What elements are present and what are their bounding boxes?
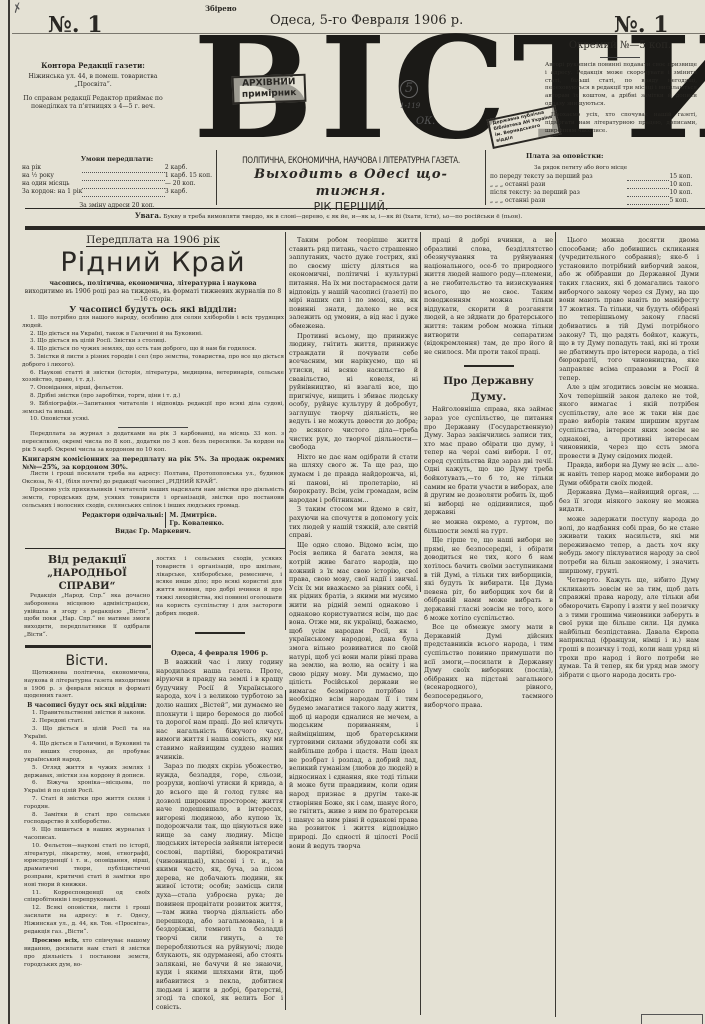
editorial-continuation-paragraph: Ніхто не дає нам одібрати й стати на шля… xyxy=(289,453,418,505)
editorial-closing-paragraph: праці й добрі вчинки, а не образливі сло… xyxy=(424,236,553,356)
editorial-continuation-paragraph: Ще одно слово. Відомо всім, що Росія вел… xyxy=(289,541,418,850)
subscription-row: на рік2 карб. xyxy=(22,164,212,172)
handwritten-scribble: ✗ xyxy=(10,1,24,17)
notice-bottom-rule xyxy=(25,226,705,230)
duma-continuation-paragraph: Але з цім згодитись зовсім не можна. Хоч… xyxy=(559,383,699,460)
column-separator-3 xyxy=(555,232,556,1017)
editor-name: М. Дмитрієв. xyxy=(169,512,224,520)
duma-paragraph: Ще гірше те, що наші вибори не прямі, не… xyxy=(424,536,553,622)
visti-sections: 1. Правительственні звістки й закони. 2.… xyxy=(24,710,150,936)
from-editors-block: Від редакції „НАРОДНЬОЇ СПРАВИ“ Редакція… xyxy=(24,553,150,640)
ridny-krai-section-item: 7. Оповідання, вірші, фельєтон. xyxy=(22,385,284,393)
from-editors-continuation: лостях і сельських сходів, усяких товари… xyxy=(156,556,282,618)
subscription-row-price: — 20 коп. xyxy=(165,180,212,188)
ad-rate-label: по переду тексту за перший раз xyxy=(490,173,627,181)
duma-paragraph: Все це обмежує змогу мати в Державній Ду… xyxy=(424,623,553,709)
handwritten-page-number: 5 xyxy=(400,80,418,98)
masthead-subtitle: ПОЛІТИЧНА, ЕКОНОМИЧНА, НАУЧОВА І ЛІТЕРАТ… xyxy=(240,156,462,166)
from-editors-subtitle: „НАРОДНЬОЇ СПРАВИ“ xyxy=(24,567,150,593)
ridny-krai-divider xyxy=(118,427,188,428)
ridny-krai-section-item: 1. Що потрібно для нашого народу, особли… xyxy=(22,315,284,331)
ridny-krai-section-item: 6. Наукові статті й звістки (історія, лі… xyxy=(22,370,284,386)
ad-rate-label: „ „ „ останні рази xyxy=(490,197,627,205)
duma-continuation-paragraph: Правда, вибори на Думу не всіх ... але-ж… xyxy=(559,461,699,487)
ridny-krai-editors: Редактори одвічальні: М. Дмитрієв. Гр. К… xyxy=(22,512,284,528)
ridny-krai-appeal: Просимо усіх прихильників і читателів на… xyxy=(22,487,284,510)
editorial-paragraph: В важкий час і лиху годину народилася на… xyxy=(156,658,283,761)
editorial-dateline: Одеса, 4 февраля 1906 р. xyxy=(156,648,283,658)
archive-stamp-line2: примірник xyxy=(237,88,301,101)
subscription-row-label: на рік xyxy=(22,164,82,172)
price-divider xyxy=(600,57,640,58)
ridny-krai-sections: 1. Що потрібно для нашого народу, особли… xyxy=(22,315,284,424)
duma-continuation-paragraph: Цього можна досягти двома способами; або… xyxy=(559,236,699,382)
ridny-krai-kicker-text: Передплата на 1906 рік xyxy=(86,234,219,247)
subscription-table: на рік2 карб. на ½ року1 карб. 15 коп. н… xyxy=(22,164,212,197)
ad-rate-label: „ „ „ останні рази xyxy=(490,181,627,189)
visti-section-item: 4. Що діється в Галичині, в Буковині та … xyxy=(24,741,150,764)
visti-section-item: 7. Статі й звістки про життя селян і гор… xyxy=(24,796,150,812)
publication-frequency: Выходить в Одесі що-тижня. xyxy=(222,166,480,200)
visti-announcement-intro: Щотижнева політична, економична, наукова… xyxy=(24,670,150,701)
ad-rate-row: „ „ „ останні рази10 коп. xyxy=(490,181,700,189)
duma-paragraph: не можна окремо, а гуртом, по більшости … xyxy=(424,518,553,535)
ad-rate-row: по переду тексту за перший раз15 коп. xyxy=(490,173,700,181)
from-editors-end-rule xyxy=(195,632,245,634)
ridny-krai-pricing: Передплата за журнал з додатками на рік … xyxy=(22,431,284,454)
visti-appeal: Просимо всіх, хто співчуває нашому видан… xyxy=(24,938,150,969)
column-separator-lower-2 xyxy=(285,690,286,1010)
editorial-continuation-paragraph: Таким робом теоріпше життя ставить ряд п… xyxy=(289,236,418,331)
visti-sections-title: В часописі будут ось які відділи: xyxy=(24,701,150,710)
duma-article-title: Про Державну Думу. xyxy=(424,373,553,405)
subscription-row-label: За кордон: на 1 рік xyxy=(22,188,82,196)
from-editors-text: Редакція „Народ. Спр.“ яка дочасно забор… xyxy=(24,593,150,640)
ad-rate-row: „ „ „ останні рази5 коп. xyxy=(490,197,700,205)
subscription-row: на один місяць— 20 коп. xyxy=(22,180,212,188)
ad-rates-title: Плата за оповістки: xyxy=(490,152,700,161)
notice-label: Увага. xyxy=(135,211,161,220)
subscription-row-label: на один місяць xyxy=(22,180,82,188)
editorial-column: Одеса, 4 февраля 1906 р. В важкий час і … xyxy=(156,648,283,1013)
ridny-krai-ad: Передплата на 1906 рік Рідний Край часоп… xyxy=(22,234,284,536)
editors-label: Редактори одвічальні: xyxy=(82,512,163,519)
office-title: Контора Редакції газети: xyxy=(18,62,168,71)
duma-continuation-column: Цього можна досягти двома способами; або… xyxy=(559,236,699,1013)
pronunciation-notice: Увага. Букву в треба вимовляти твердо, я… xyxy=(135,211,705,220)
handwritten-catalog-number: 1-119 xyxy=(400,102,420,110)
ad-rate-price: 10 коп. xyxy=(669,181,700,189)
notice-text: Букву в треба вимовляти твердо, як в сло… xyxy=(163,214,522,220)
subscription-row-price: 2 карб. xyxy=(165,164,212,172)
subscription-row: на ½ року1 карб. 15 коп. xyxy=(22,172,212,180)
duma-continuation-paragraph: може задержати поступу народа до волі, д… xyxy=(559,515,699,575)
archive-stamp: АРХІВНИЙ примірник xyxy=(232,74,307,105)
authors-note: Авторі рукописів повинні подавати своє п… xyxy=(545,62,697,109)
ridny-krai-section-item: 9. Бібліографія.—Запитання читателів і в… xyxy=(22,401,284,417)
visti-section-item: 9. Що пишеться в наших журналах і часопи… xyxy=(24,827,150,843)
ad-rate-label: після тексту: за перший раз xyxy=(490,189,627,197)
ad-rates-table: по переду тексту за перший раз15 коп. „ … xyxy=(490,173,700,206)
duma-column: праці й добрі вчинки, а не образливі сло… xyxy=(424,236,553,1013)
visti-section-item: 1. Правительственні звістки й закони. xyxy=(24,710,150,718)
column-separator-lower-3 xyxy=(420,640,421,1015)
ridny-krai-publisher: Видає Гр. Маркевич. xyxy=(22,528,284,536)
ad-rate-price: 5 коп. xyxy=(669,197,700,205)
masthead-subtitle-block: ПОЛІТИЧНА, ЕКОНОМИЧНА, НАУЧОВА І ЛІТЕРАТ… xyxy=(222,156,480,213)
header-separator-left xyxy=(216,150,217,205)
duma-continuation-paragraph: Державна Дума—найвищий орган, ... без її… xyxy=(559,488,699,514)
from-editors-title: Від редакції xyxy=(24,553,150,567)
handwritten-ok-mark: ОК. xyxy=(416,116,435,127)
visti-section-item: 12. Всякі оповістки, листи і гроші засил… xyxy=(24,905,150,936)
ad-rates-intro: За рядок петиту або його місце xyxy=(490,165,700,173)
ridny-krai-section-item: 5. Звістки й листи з різних городів і се… xyxy=(22,354,284,370)
subscription-row: За кордон: на 1 рік3 карб. xyxy=(22,188,212,196)
visti-section-item: 3. Що діється в цілій Росії та на Україн… xyxy=(24,726,150,742)
visti-section-item: 6. Біжуча хроніка—місцьова, по Україні й… xyxy=(24,780,150,796)
visti-section-item: 5. Огляд життя в чужих землях і державах… xyxy=(24,765,150,781)
subscription-row-price: 1 карб. 15 коп. xyxy=(165,172,212,180)
visti-announcement: Вісти. Щотижнева політична, економична, … xyxy=(24,652,150,969)
visti-announcement-title: Вісти. xyxy=(24,652,150,670)
authors-invitation: Прохаємо усіх, хто спочуває нашій газеті… xyxy=(545,112,697,135)
duma-divider xyxy=(464,365,514,367)
ad-rate-price: 10 коп. xyxy=(669,189,700,197)
column-separator-lower-1 xyxy=(152,560,153,1010)
editorial-continuation-column: Таким робом теоріпше життя ставить ряд п… xyxy=(289,236,418,1013)
visti-section-item: 8. Замітки й статі про сельське господар… xyxy=(24,812,150,828)
issue-number-left: №. 1 xyxy=(48,12,103,38)
ad-rate-price: 15 коп. xyxy=(669,173,700,181)
editorial-continuation-paragraph: З таким стосом ми йдемо в світ, рахуючи … xyxy=(289,505,418,539)
visti-section-item: 2. Передові статі. xyxy=(24,718,150,726)
editorial-paragraph: Зараз по людях скрізь убожество, нужда, … xyxy=(156,762,283,1011)
editor-name: Гр. Коваленко. xyxy=(169,520,224,528)
ridny-krai-frequency: виходитиме въ 1906 році раз на тиждень, … xyxy=(22,288,284,303)
subscription-row-label: на ½ року xyxy=(22,172,82,180)
ad-rates: Плата за оповістки: За рядок петиту або … xyxy=(490,152,700,205)
bottom-stamp-fragment xyxy=(641,1014,703,1024)
header-separator-right xyxy=(485,150,486,205)
ridny-krai-section-item: 4. Що діється по чужих землях, що єсть т… xyxy=(22,346,284,354)
visti-top-rule xyxy=(25,645,151,648)
column-separator-2 xyxy=(420,232,421,592)
subscription-row-price: 3 карб. xyxy=(165,188,212,196)
ridny-krai-section-item: 8. Дрібні звістки (про заробітки, торги,… xyxy=(22,393,284,401)
column-separator-1 xyxy=(285,232,286,630)
visti-appeal-bold: Просимо всіх, xyxy=(32,938,79,944)
ridny-krai-section-item: 2. Що діється на Україні, також в Галичи… xyxy=(22,331,284,339)
editorial-continuation-paragraph: Противні всьому, що принижує людину, гні… xyxy=(289,332,418,452)
page-left-edge xyxy=(8,0,10,1024)
visti-section-item: 11. Корреспонденції од своїх співробітни… xyxy=(24,890,150,906)
ad-rate-row: після тексту: за перший раз10 коп. xyxy=(490,189,700,197)
notice-top-rule xyxy=(25,208,705,209)
duma-continuation-paragraph: Четверто. Кажуть ще, нібито Думу скликаю… xyxy=(559,576,699,679)
duma-paragraph: Найголовніша справа, яка займає зараз ус… xyxy=(424,405,553,517)
subscription-title: Умови передплати: xyxy=(22,155,212,164)
visti-section-item: 10. Фельєтон—наукові статі по історії, л… xyxy=(24,843,150,890)
office-address: Ніжинська ул. 44, в помеш. товариства „П… xyxy=(18,73,168,90)
ridny-krai-commission: Книгарям комісіонних за передплату на рі… xyxy=(22,455,284,472)
subscription-terms: Умови передплати: на рік2 карб. на ½ рок… xyxy=(22,155,212,210)
ridny-krai-bottom-rule xyxy=(25,548,285,549)
ridny-krai-kicker: Передплата на 1906 рік xyxy=(22,234,284,247)
office-hours: По справам редакції Редактор приймає по … xyxy=(18,95,168,112)
ridny-krai-sections-title: У часописі будуть ось які відділи: xyxy=(22,303,284,315)
office-info: Контора Редакції газети: Ніжинська ул. 4… xyxy=(18,62,168,112)
single-copy-price: Окремий №—5 коп. xyxy=(545,40,695,51)
ridny-krai-title: Рідний Край xyxy=(22,247,284,279)
ridny-krai-section-item: 10. Оповістки усякі. xyxy=(22,416,284,424)
ridny-krai-mail-address: Листи і гроші посилати треба на адресу: … xyxy=(22,471,284,487)
editors-list: М. Дмитрієв. Гр. Коваленко. xyxy=(165,512,224,528)
ridny-krai-tagline: часопись, політична, економична, літерат… xyxy=(22,279,284,288)
